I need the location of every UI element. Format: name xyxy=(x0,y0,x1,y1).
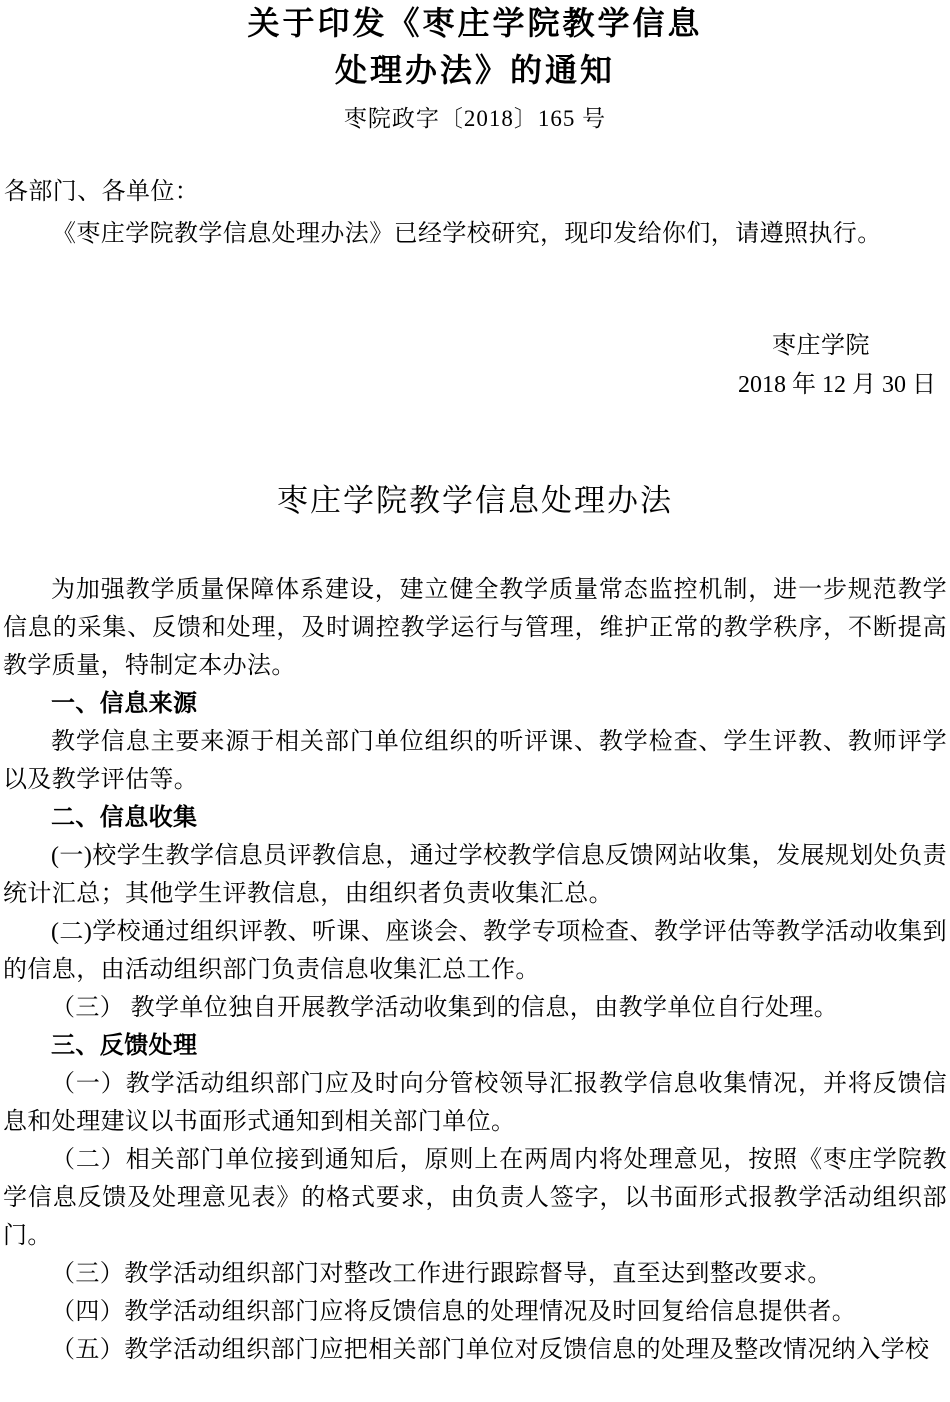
notice-title-line2: 处理办法》的通知 xyxy=(0,47,950,94)
section-3-paragraph-1: （一）教学活动组织部门应及时向分管校领导汇报教学信息收集情况，并将反馈信息和处理… xyxy=(3,1065,947,1141)
document-page: 关于印发《枣庄学院教学信息 处理办法》的通知 枣院政字〔2018〕165 号 各… xyxy=(0,0,950,1402)
section-1-paragraph-1: 教学信息主要来源于相关部门单位组织的听评课、教学检查、学生评教、教师评学以及教学… xyxy=(3,723,947,799)
regulation-body: 为加强教学质量保障体系建设，建立健全教学质量常态监控机制，进一步规范教学信息的采… xyxy=(3,571,947,1371)
doc-number: 枣院政字〔2018〕165 号 xyxy=(0,100,950,133)
salutation: 各部门、各单位： xyxy=(4,177,946,207)
section-2-heading: 二、信息收集 xyxy=(3,799,947,837)
regulation-title: 枣庄学院教学信息处理办法 xyxy=(0,479,950,523)
intro-paragraph: 为加强教学质量保障体系建设，建立健全教学质量常态监控机制，进一步规范教学信息的采… xyxy=(3,571,947,685)
section-3-paragraph-3: （三）教学活动组织部门对整改工作进行跟踪督导，直至达到整改要求。 xyxy=(3,1255,947,1293)
section-3-paragraph-5: （五）教学活动组织部门应把相关部门单位对反馈信息的处理及整改情况纳入学校 xyxy=(3,1331,947,1369)
section-3-paragraph-2: （二）相关部门单位接到通知后，原则上在两周内将处理意见，按照《枣庄学院教学信息反… xyxy=(3,1141,947,1255)
section-1-heading: 一、信息来源 xyxy=(3,685,947,723)
section-2-paragraph-1: (一)校学生教学信息员评教信息，通过学校教学信息反馈网站收集，发展规划处负责统计… xyxy=(3,837,947,913)
signature: 枣庄学院 xyxy=(0,332,870,360)
section-3-paragraph-4: （四）教学活动组织部门应将反馈信息的处理情况及时回复给信息提供者。 xyxy=(3,1293,947,1331)
section-3-heading: 三、反馈处理 xyxy=(3,1027,947,1065)
section-2-paragraph-2: (二)学校通过组织评教、听课、座谈会、教学专项检查、教学评估等教学活动收集到的信… xyxy=(3,913,947,989)
signature-date: 2018 年 12 月 30 日 xyxy=(0,371,936,399)
notice-title: 关于印发《枣庄学院教学信息 处理办法》的通知 xyxy=(0,0,950,94)
section-2-paragraph-3: （三） 教学单位独自开展教学活动收集到的信息，由教学单位自行处理。 xyxy=(3,989,947,1027)
notice-title-line1: 关于印发《枣庄学院教学信息 xyxy=(0,0,950,47)
notice-body-paragraph: 《枣庄学院教学信息处理办法》已经学校研究，现印发给你们，请遵照执行。 xyxy=(4,219,946,249)
